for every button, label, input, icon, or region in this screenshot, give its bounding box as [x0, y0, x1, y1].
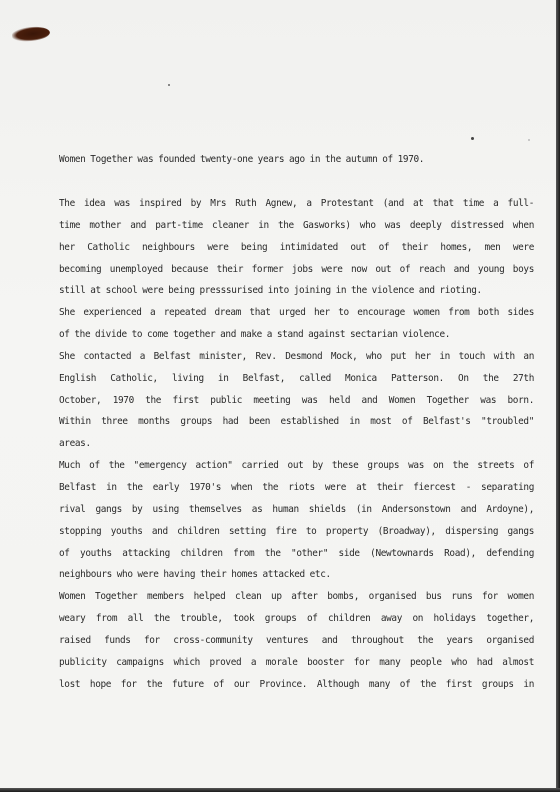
- text-line: Women Together was founded twenty-one ye…: [59, 149, 534, 171]
- text-line: time mother and part-time cleaner in the…: [59, 215, 534, 237]
- text-line: raised funds for cross-community venture…: [59, 630, 534, 652]
- text-line: areas.: [59, 433, 534, 455]
- paper-speck: [168, 84, 170, 86]
- text-line: Women Together members helped clean up a…: [59, 586, 534, 608]
- text-line: Within three months groups had been esta…: [59, 411, 534, 433]
- scan-edge-bottom: [0, 788, 560, 792]
- body-text: The idea was inspired by Mrs Ruth Agnew,…: [59, 193, 534, 695]
- text-line: lost hope for the future of our Province…: [59, 674, 534, 696]
- text-line: publicity campaigns which proved a moral…: [59, 652, 534, 674]
- document-page: Women Together was founded twenty-one ye…: [0, 0, 556, 788]
- paper-speck: [528, 139, 530, 141]
- paper-speck: [471, 137, 474, 140]
- text-line: of youths attacking children from the "o…: [59, 543, 534, 565]
- text-line: her Catholic neighbours were being intim…: [59, 237, 534, 259]
- text-line: English Catholic, living in Belfast, cal…: [59, 368, 534, 390]
- text-line: becoming unemployed because their former…: [59, 259, 534, 281]
- text-line: weary from all the trouble, took groups …: [59, 608, 534, 630]
- text-line: Belfast in the early 1970's when the rio…: [59, 477, 534, 499]
- scan-edge-right: [556, 0, 560, 792]
- text-line: neighbours who were having their homes a…: [59, 564, 534, 586]
- text-line: She contacted a Belfast minister, Rev. D…: [59, 346, 534, 368]
- text-line: Much of the "emergency action" carried o…: [59, 455, 534, 477]
- text-line: She experienced a repeated dream that ur…: [59, 302, 534, 324]
- text-line: still at school were being presssurised …: [59, 280, 534, 302]
- text-line: rival gangs by using themselves as human…: [59, 499, 534, 521]
- ink-stain: [11, 25, 50, 43]
- text-line: stopping youths and children setting fir…: [59, 521, 534, 543]
- text-line: October, 1970 the first public meeting w…: [59, 390, 534, 412]
- intro-paragraph: Women Together was founded twenty-one ye…: [59, 149, 534, 171]
- text-line: of the divide to come together and make …: [59, 324, 534, 346]
- text-line: The idea was inspired by Mrs Ruth Agnew,…: [59, 193, 534, 215]
